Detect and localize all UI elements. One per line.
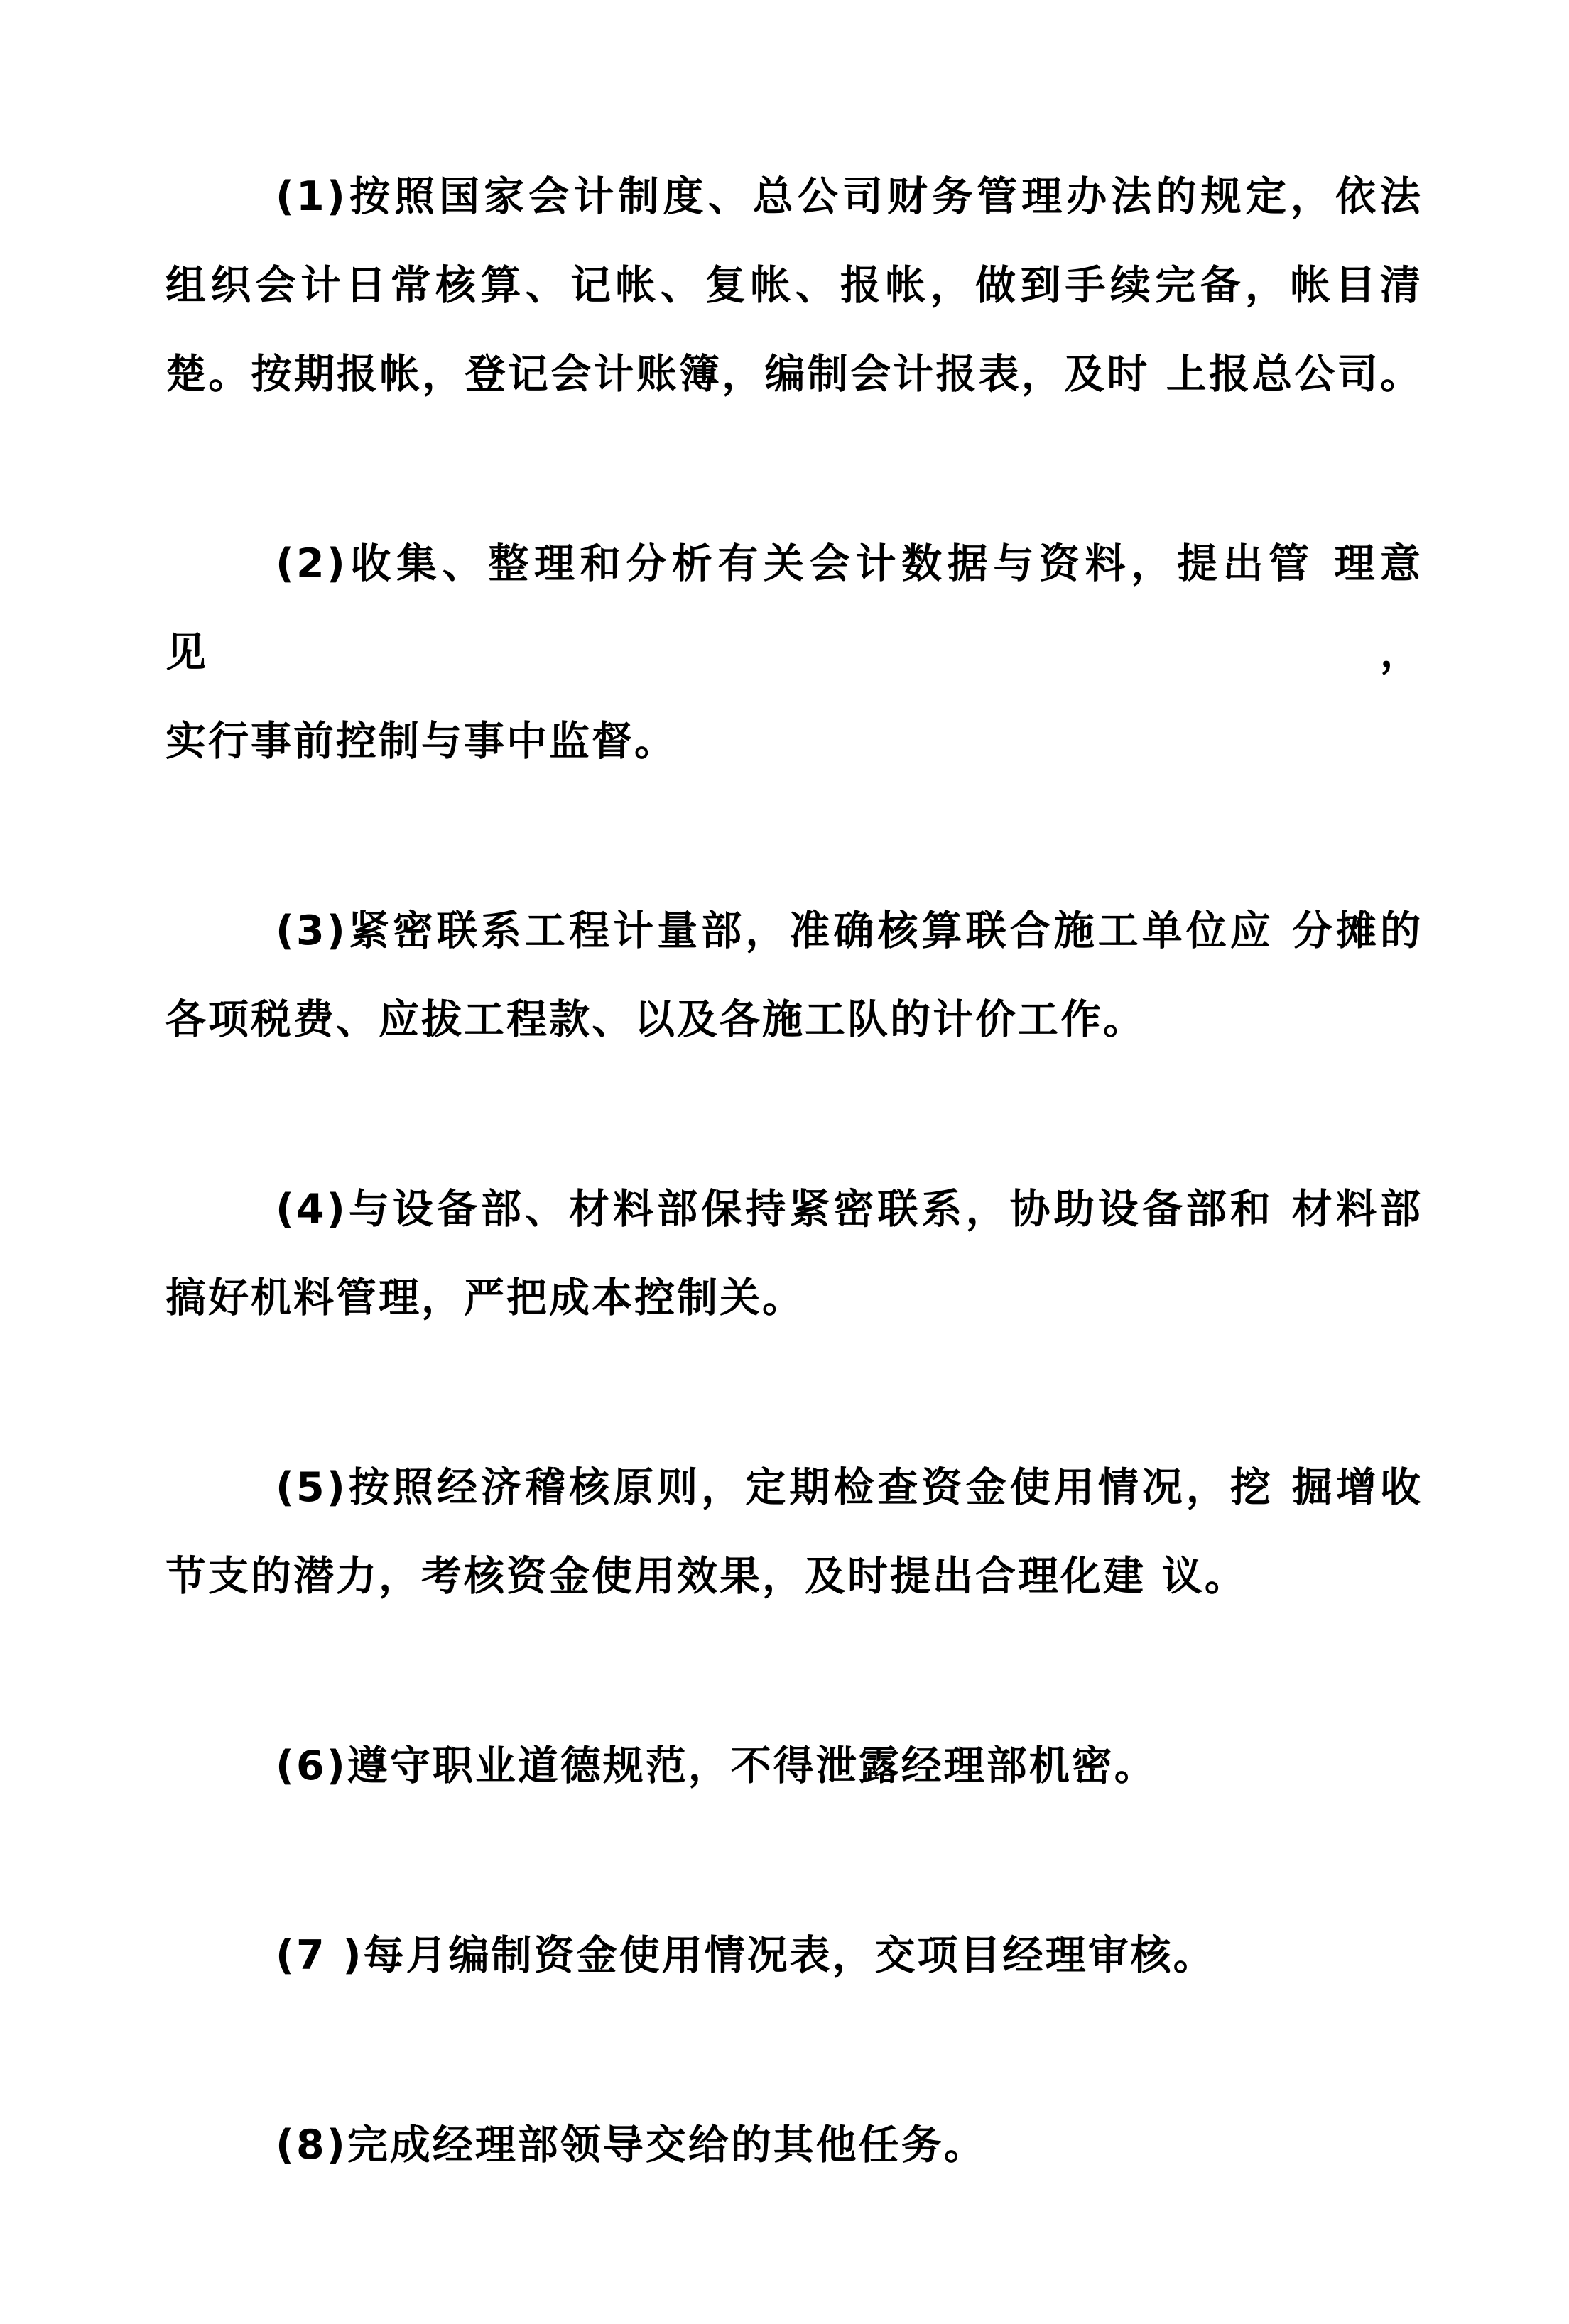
paragraph-8: (8)完成经理部领导交给的其他任务。 [165, 2101, 1423, 2190]
text-line: 组织会计日常核算、记帐、复帐、报帐，做到手续完备，帐目清 [165, 241, 1423, 330]
text-line: (7 )每月编制资金使用情况表，交项目经理审核。 [165, 1911, 1423, 2000]
text-line: (1)按照国家会计制度、总公司财务管理办法的规定，依法 [165, 153, 1423, 241]
text-line: 搞好机料管理，严把成本控制关。 [165, 1254, 1423, 1343]
paragraph-2: (2)收集、整理和分析有关会计数据与资料，提出管 理意见，实行事前控制与事中监督… [165, 520, 1423, 786]
text-line: (6)遵守职业道德规范，不得泄露经理部机密。 [165, 1722, 1423, 1811]
paragraph-6: (6)遵守职业道德规范，不得泄露经理部机密。 [165, 1722, 1423, 1811]
paragraph-5: (5)按照经济稽核原则，定期检查资金使用情况，挖 掘增收节支的潜力，考核资金使用… [165, 1444, 1423, 1621]
text-line: (8)完成经理部领导交给的其他任务。 [165, 2101, 1423, 2190]
paragraph-1: (1)按照国家会计制度、总公司财务管理办法的规定，依法组织会计日常核算、记帐、复… [165, 153, 1423, 419]
text-line: (3)紧密联系工程计量部，准确核算联合施工单位应 分摊的 [165, 887, 1423, 976]
text-block: (1)按照国家会计制度、总公司财务管理办法的规定，依法组织会计日常核算、记帐、复… [165, 153, 1423, 2190]
document-page: (1)按照国家会计制度、总公司财务管理办法的规定，依法组织会计日常核算、记帐、复… [0, 0, 1569, 2324]
text-line: (2)收集、整理和分析有关会计数据与资料，提出管 理意见， [165, 520, 1423, 697]
text-line: 节支的潜力，考核资金使用效果，及时提出合理化建 议。 [165, 1532, 1423, 1621]
paragraph-7: (7 )每月编制资金使用情况表，交项目经理审核。 [165, 1911, 1423, 2000]
paragraph-3: (3)紧密联系工程计量部，准确核算联合施工单位应 分摊的各项税费、应拔工程款、以… [165, 887, 1423, 1064]
paragraph-4: (4)与设备部、材料部保持紧密联系，协助设备部和 材料部搞好机料管理，严把成本控… [165, 1165, 1423, 1343]
text-line: (4)与设备部、材料部保持紧密联系，协助设备部和 材料部 [165, 1165, 1423, 1254]
text-line: 楚。按期报帐，登记会计账簿，编制会计报表，及时 上报总公司。 [165, 330, 1423, 419]
text-line: 实行事前控制与事中监督。 [165, 697, 1423, 786]
text-line: 各项税费、应拔工程款、以及各施工队的计价工作。 [165, 976, 1423, 1064]
text-line: (5)按照经济稽核原则，定期检查资金使用情况，挖 掘增收 [165, 1444, 1423, 1532]
